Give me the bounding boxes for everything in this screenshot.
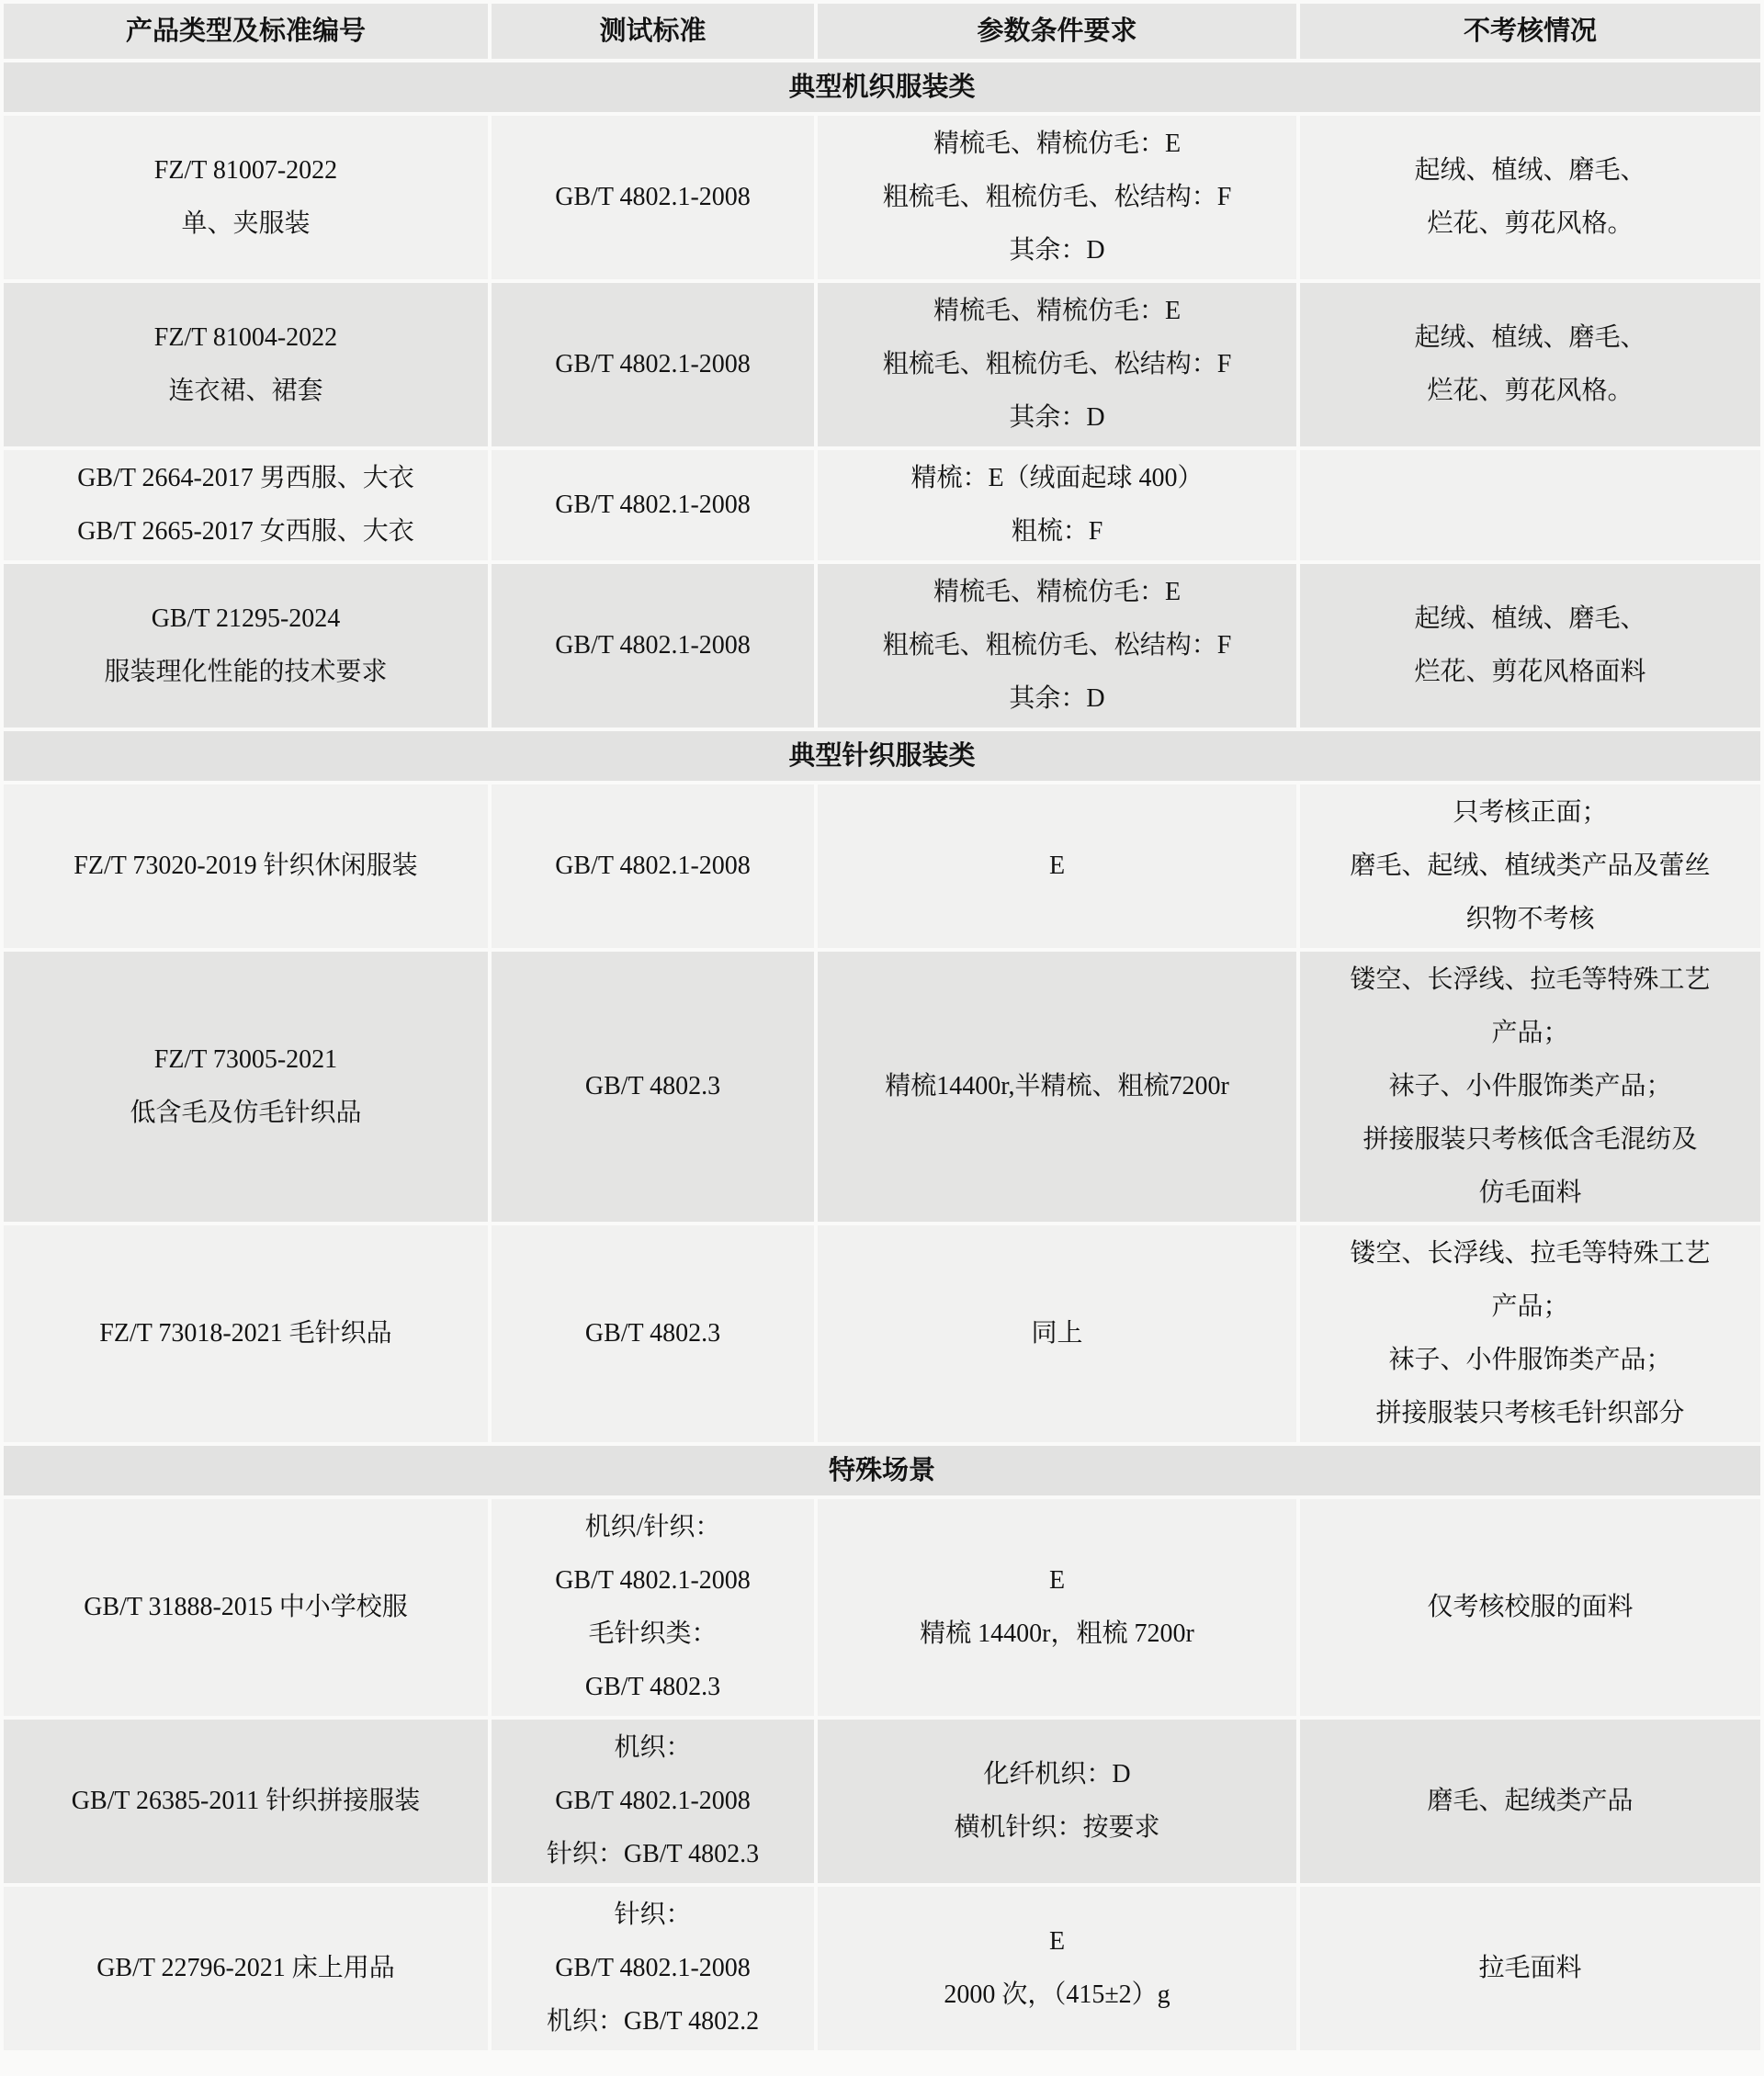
table-row: FZ/T 73018-2021 毛针织品 GB/T 4802.3 同上 镂空、长… [4, 1225, 1760, 1442]
table-row: GB/T 22796-2021 床上用品 针织： GB/T 4802.1-200… [4, 1887, 1760, 2050]
cell-params: E 2000 次，（415±2）g [818, 1887, 1296, 2050]
cell-params: 精梳毛、精梳仿毛：E 粗梳毛、粗梳仿毛、松结构：F 其余：D [818, 116, 1296, 279]
cell-standard: 机织/针织： GB/T 4802.1-2008 毛针织类： GB/T 4802.… [492, 1499, 814, 1716]
table-row: FZ/T 73020-2019 针织休闲服装 GB/T 4802.1-2008 … [4, 784, 1760, 948]
table-row: FZ/T 81004-2022 连衣裙、裙套 GB/T 4802.1-2008 … [4, 283, 1760, 446]
cell-params: 精梳14400r,半精梳、粗梳7200r [818, 952, 1296, 1222]
cell-standard: GB/T 4802.3 [492, 1225, 814, 1442]
section-title-knitted: 典型针织服装类 [4, 731, 1760, 781]
col-header-not-assessed: 不考核情况 [1300, 4, 1760, 59]
table-row: GB/T 2664-2017 男西服、大衣 GB/T 2665-2017 女西服… [4, 450, 1760, 560]
section-title-special: 特殊场景 [4, 1446, 1760, 1495]
section-title-woven: 典型机织服装类 [4, 62, 1760, 112]
cell-product: FZ/T 73020-2019 针织休闲服装 [4, 784, 488, 948]
cell-standard: GB/T 4802.3 [492, 952, 814, 1222]
cell-excluded [1300, 450, 1760, 560]
cell-standard: GB/T 4802.1-2008 [492, 283, 814, 446]
cell-params: E 精梳 14400r，粗梳 7200r [818, 1499, 1296, 1716]
cell-product: GB/T 2664-2017 男西服、大衣 GB/T 2665-2017 女西服… [4, 450, 488, 560]
cell-excluded: 拉毛面料 [1300, 1887, 1760, 2050]
table-header-row: 产品类型及标准编号 测试标准 参数条件要求 不考核情况 [4, 4, 1760, 59]
cell-excluded: 镂空、长浮线、拉毛等特殊工艺 产品； 袜子、小件服饰类产品； 拼接服装只考核低含… [1300, 952, 1760, 1222]
cell-product: FZ/T 73018-2021 毛针织品 [4, 1225, 488, 1442]
cell-params: 精梳毛、精梳仿毛：E 粗梳毛、粗梳仿毛、松结构：F 其余：D [818, 283, 1296, 446]
standards-table: 产品类型及标准编号 测试标准 参数条件要求 不考核情况 典型机织服装类 FZ/T… [0, 0, 1764, 2054]
table-row: GB/T 26385-2011 针织拼接服装 机织： GB/T 4802.1-2… [4, 1720, 1760, 1883]
cell-excluded: 仅考核校服的面料 [1300, 1499, 1760, 1716]
cell-excluded: 起绒、植绒、磨毛、 烂花、剪花风格。 [1300, 283, 1760, 446]
cell-params: 化纤机织：D 横机针织：按要求 [818, 1720, 1296, 1883]
table-row: GB/T 21295-2024 服装理化性能的技术要求 GB/T 4802.1-… [4, 564, 1760, 728]
section-header-row: 典型机织服装类 [4, 62, 1760, 112]
section-header-row: 特殊场景 [4, 1446, 1760, 1495]
cell-excluded: 起绒、植绒、磨毛、 烂花、剪花风格面料 [1300, 564, 1760, 728]
cell-product: FZ/T 81004-2022 连衣裙、裙套 [4, 283, 488, 446]
cell-params: E [818, 784, 1296, 948]
cell-excluded: 起绒、植绒、磨毛、 烂花、剪花风格。 [1300, 116, 1760, 279]
col-header-test-standard: 测试标准 [492, 4, 814, 59]
cell-params: 同上 [818, 1225, 1296, 1442]
cell-product: GB/T 22796-2021 床上用品 [4, 1887, 488, 2050]
section-header-row: 典型针织服装类 [4, 731, 1760, 781]
cell-product: FZ/T 73005-2021 低含毛及仿毛针织品 [4, 952, 488, 1222]
cell-standard: GB/T 4802.1-2008 [492, 116, 814, 279]
col-header-product-type: 产品类型及标准编号 [4, 4, 488, 59]
cell-standard: 针织： GB/T 4802.1-2008 机织：GB/T 4802.2 [492, 1887, 814, 2050]
cell-excluded: 镂空、长浮线、拉毛等特殊工艺 产品； 袜子、小件服饰类产品； 拼接服装只考核毛针… [1300, 1225, 1760, 1442]
cell-product: GB/T 26385-2011 针织拼接服装 [4, 1720, 488, 1883]
cell-excluded: 磨毛、起绒类产品 [1300, 1720, 1760, 1883]
cell-excluded: 只考核正面； 磨毛、起绒、植绒类产品及蕾丝 织物不考核 [1300, 784, 1760, 948]
col-header-param-requirements: 参数条件要求 [818, 4, 1296, 59]
cell-params: 精梳毛、精梳仿毛：E 粗梳毛、粗梳仿毛、松结构：F 其余：D [818, 564, 1296, 728]
cell-product: FZ/T 81007-2022 单、夹服装 [4, 116, 488, 279]
cell-product: GB/T 31888-2015 中小学校服 [4, 1499, 488, 1716]
cell-standard: GB/T 4802.1-2008 [492, 784, 814, 948]
table-row: FZ/T 81007-2022 单、夹服装 GB/T 4802.1-2008 精… [4, 116, 1760, 279]
cell-standard: GB/T 4802.1-2008 [492, 564, 814, 728]
cell-standard: 机织： GB/T 4802.1-2008 针织：GB/T 4802.3 [492, 1720, 814, 1883]
table-row: GB/T 31888-2015 中小学校服 机织/针织： GB/T 4802.1… [4, 1499, 1760, 1716]
cell-product: GB/T 21295-2024 服装理化性能的技术要求 [4, 564, 488, 728]
table-row: FZ/T 73005-2021 低含毛及仿毛针织品 GB/T 4802.3 精梳… [4, 952, 1760, 1222]
cell-standard: GB/T 4802.1-2008 [492, 450, 814, 560]
cell-params: 精梳：E（绒面起球 400） 粗梳：F [818, 450, 1296, 560]
